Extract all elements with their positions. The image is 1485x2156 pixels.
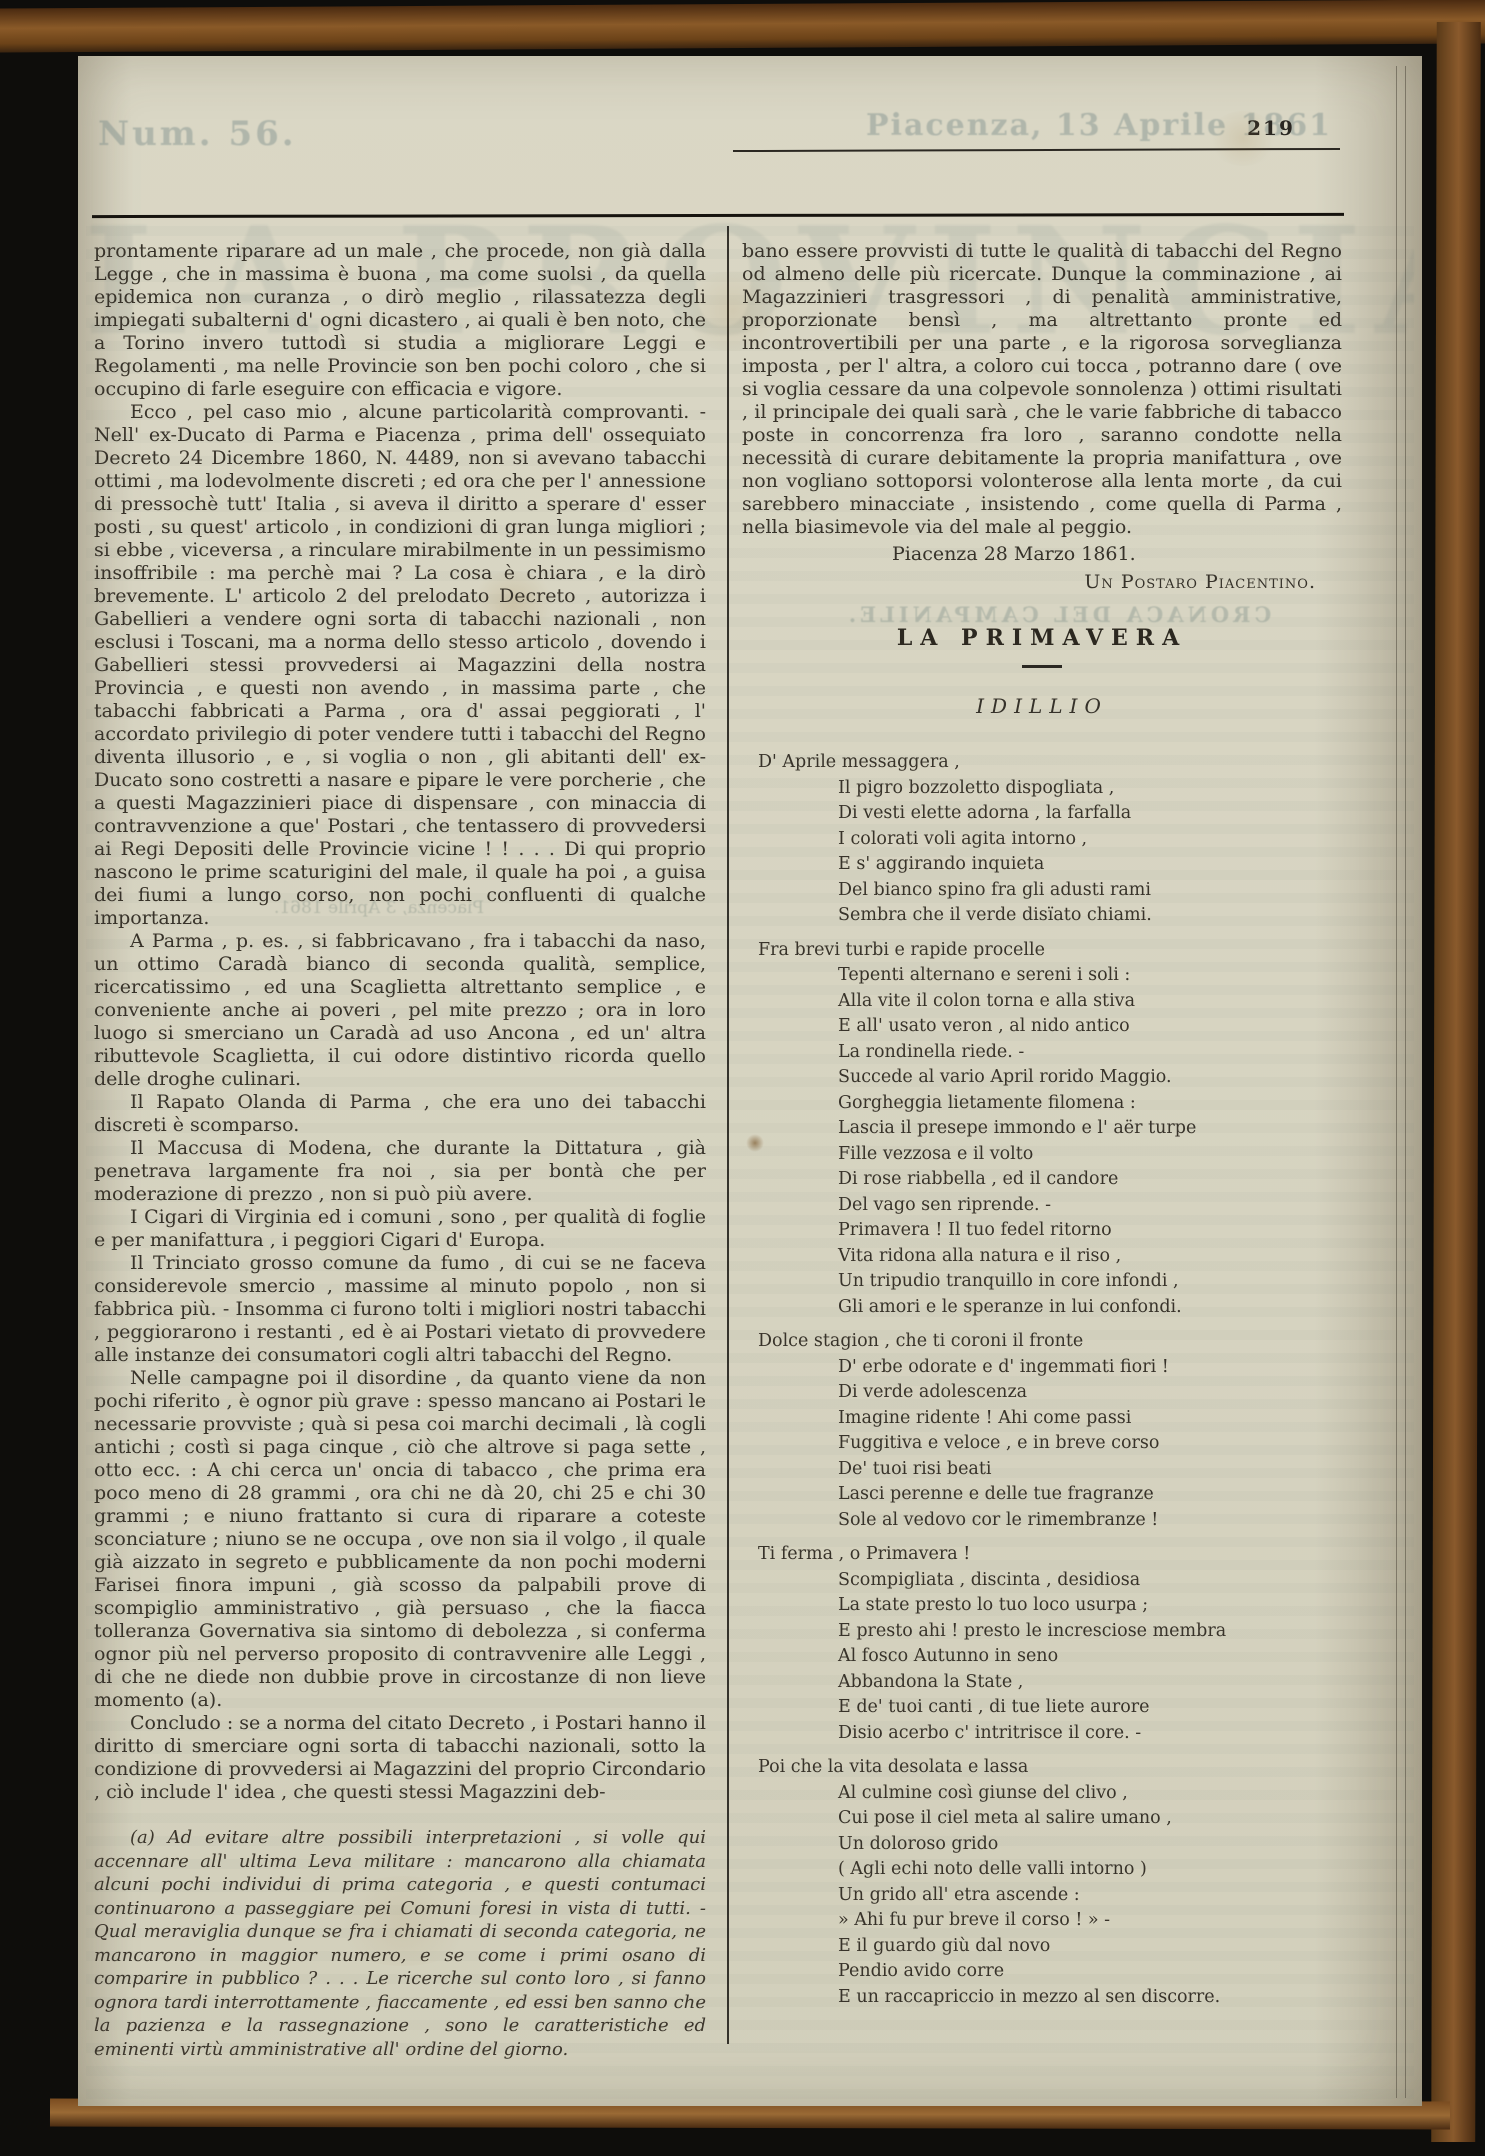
poem-line: Succede al vario April rorido Maggio.	[742, 1065, 1342, 1091]
poem-line: Cui pose il ciel meta al salire umano ,	[742, 1806, 1342, 1832]
poem-line: Imagine ridente ! Ahi come passi	[742, 1406, 1342, 1432]
left-column: prontamente riparare ad un male , che pr…	[94, 240, 706, 2061]
page-edge-line	[1405, 66, 1406, 2098]
poem-title: IDILLIO	[742, 694, 1342, 718]
article-paragraph: Ecco , pel caso mio , alcune particolari…	[94, 401, 706, 930]
poem-line: ( Agli echi noto delle valli intorno )	[742, 1857, 1342, 1883]
poem-line: E s' aggirando inquieta	[742, 852, 1342, 878]
poem-stanza: Fra brevi turbi e rapide procelleTepenti…	[742, 938, 1342, 1321]
poem-line: Fuggitiva e veloce , e in breve corso	[742, 1431, 1342, 1457]
signature: Un Postaro Piacentino.	[742, 571, 1342, 593]
poem-line: Un tripudio tranquillo in core infondi ,	[742, 1269, 1342, 1295]
poem-line: E presto ahi ! presto le incresciose mem…	[742, 1619, 1342, 1645]
poem-line: La state presto lo tuo loco usurpa ;	[742, 1593, 1342, 1619]
header-rule-heavy	[92, 213, 1344, 218]
poem-line: Abbandona la State ,	[742, 1670, 1342, 1696]
poem-line: Tepenti alternano e sereni i soli :	[742, 963, 1342, 989]
footnote: (a) Ad evitare altre possibili interpret…	[94, 1826, 706, 2061]
poem-line: Sole al vedovo cor le rimembranze !	[742, 1508, 1342, 1534]
poem-line: Dolce stagion , che ti coroni il fronte	[742, 1329, 1342, 1355]
poem-line: E il guardo giù dal novo	[742, 1934, 1342, 1960]
header-rule-thin	[733, 148, 1340, 152]
poem-line: Pendio avido corre	[742, 1959, 1342, 1985]
article-paragraph: Concludo : se a norma del citato Decreto…	[94, 1712, 706, 1804]
page-number: 219	[1226, 116, 1316, 140]
poem-line: Fille vezzosa e il volto	[742, 1142, 1342, 1168]
poem-line: E all' usato veron , al nido antico	[742, 1014, 1342, 1040]
book-cover-right-edge	[1431, 22, 1481, 2142]
poem-line: Del bianco spino fra gli adusti rami	[742, 878, 1342, 904]
poem-line: Gorgheggia lietamente filomena :	[742, 1091, 1342, 1117]
poem-line: Primavera ! Il tuo fedel ritorno	[742, 1218, 1342, 1244]
poem-line: D' Aprile messaggera ,	[742, 750, 1342, 776]
poem-line: Lasci perenne e delle tue fragranze	[742, 1482, 1342, 1508]
poem-line: Gli amori e le speranze in lui confondi.	[742, 1295, 1342, 1321]
poem-line: Alla vite il colon torna e alla stiva	[742, 989, 1342, 1015]
poem-line: Di vesti elette adorna , la farfalla	[742, 801, 1342, 827]
poem-line: I colorati voli agita intorno ,	[742, 827, 1342, 853]
poem-line: Un grido all' etra ascende :	[742, 1883, 1342, 1909]
scanned-book-photo: Num. 56. Piacenza, 13 Aprile 1861 LA PRO…	[0, 0, 1485, 2156]
article-paragraph: A Parma , p. es. , si fabbricavano , fra…	[94, 930, 706, 1091]
article-paragraph: prontamente riparare ad un male , che pr…	[94, 240, 706, 401]
ghost-issue-number: Num. 56.	[98, 114, 297, 154]
column-divider-rule	[727, 226, 729, 2044]
poem-stanza: D' Aprile messaggera ,Il pigro bozzolett…	[742, 750, 1342, 929]
poem-line: E un raccapriccio in mezzo al sen discor…	[742, 1985, 1342, 2011]
poem-stanza: Ti ferma , o Primavera !Scompigliata , d…	[742, 1542, 1342, 1746]
poem-line: Di rose riabbella , ed il candore	[742, 1167, 1342, 1193]
poem-line: Sembra che il verde disïato chiami.	[742, 903, 1342, 929]
poem-line: » Ahi fu pur breve il corso ! » -	[742, 1908, 1342, 1934]
poem-line: Ti ferma , o Primavera !	[742, 1542, 1342, 1568]
poem-line: Fra brevi turbi e rapide procelle	[742, 938, 1342, 964]
right-column: bano essere provvisti di tutte le qualit…	[742, 240, 1342, 2019]
poem-line: Scompigliata , discinta , desidiosa	[742, 1568, 1342, 1594]
article-paragraph: I Cigari di Virginia ed i comuni , sono …	[94, 1206, 706, 1252]
poem-line: De' tuoi risi beati	[742, 1457, 1342, 1483]
poem-line: Di verde adolescenza	[742, 1380, 1342, 1406]
poem-line: D' erbe odorate e d' ingemmati fiori !	[742, 1355, 1342, 1381]
article-paragraph: Il Maccusa di Modena, che durante la Dit…	[94, 1137, 706, 1206]
poem-line: Disio acerbo c' intritrisce il core. -	[742, 1721, 1342, 1747]
poem-stanza: Dolce stagion , che ti coroni il fronteD…	[742, 1329, 1342, 1533]
article-paragraph: Il Trinciato grosso comune da fumo , di …	[94, 1252, 706, 1367]
newspaper-page: Num. 56. Piacenza, 13 Aprile 1861 LA PRO…	[78, 56, 1422, 2106]
poem-line: E de' tuoi canti , di tue liete aurore	[742, 1695, 1342, 1721]
poem-line: Un doloroso grido	[742, 1832, 1342, 1858]
page-edge-line	[1396, 66, 1397, 2098]
article-paragraph: bano essere provvisti di tutte le qualit…	[742, 240, 1342, 539]
dateline: Piacenza 28 Marzo 1861.	[742, 542, 1342, 566]
book-cover-top-edge	[0, 0, 1485, 53]
poem: D' Aprile messaggera ,Il pigro bozzolett…	[742, 750, 1342, 2010]
poem-line: Del vago sen riprende. -	[742, 1193, 1342, 1219]
poem-line: Vita ridona alla natura e il riso ,	[742, 1244, 1342, 1270]
poem-line: Al fosco Autunno in seno	[742, 1644, 1342, 1670]
title-divider	[1022, 665, 1062, 668]
poem-line: Lascia il presepe immondo e l' aër turpe	[742, 1116, 1342, 1142]
poem-line: Il pigro bozzoletto dispogliata ,	[742, 776, 1342, 802]
article-paragraph: Il Rapato Olanda di Parma , che era uno …	[94, 1091, 706, 1137]
poem-line: Al culmine così giunse del clivo ,	[742, 1781, 1342, 1807]
poem-line: Poi che la vita desolata e lassa	[742, 1755, 1342, 1781]
poem-stanza: Poi che la vita desolata e lassaAl culmi…	[742, 1755, 1342, 2010]
section-title: LA PRIMAVERA	[742, 625, 1342, 651]
article-paragraph: Nelle campagne poi il disordine , da qua…	[94, 1367, 706, 1712]
poem-line: La rondinella riede. -	[742, 1040, 1342, 1066]
